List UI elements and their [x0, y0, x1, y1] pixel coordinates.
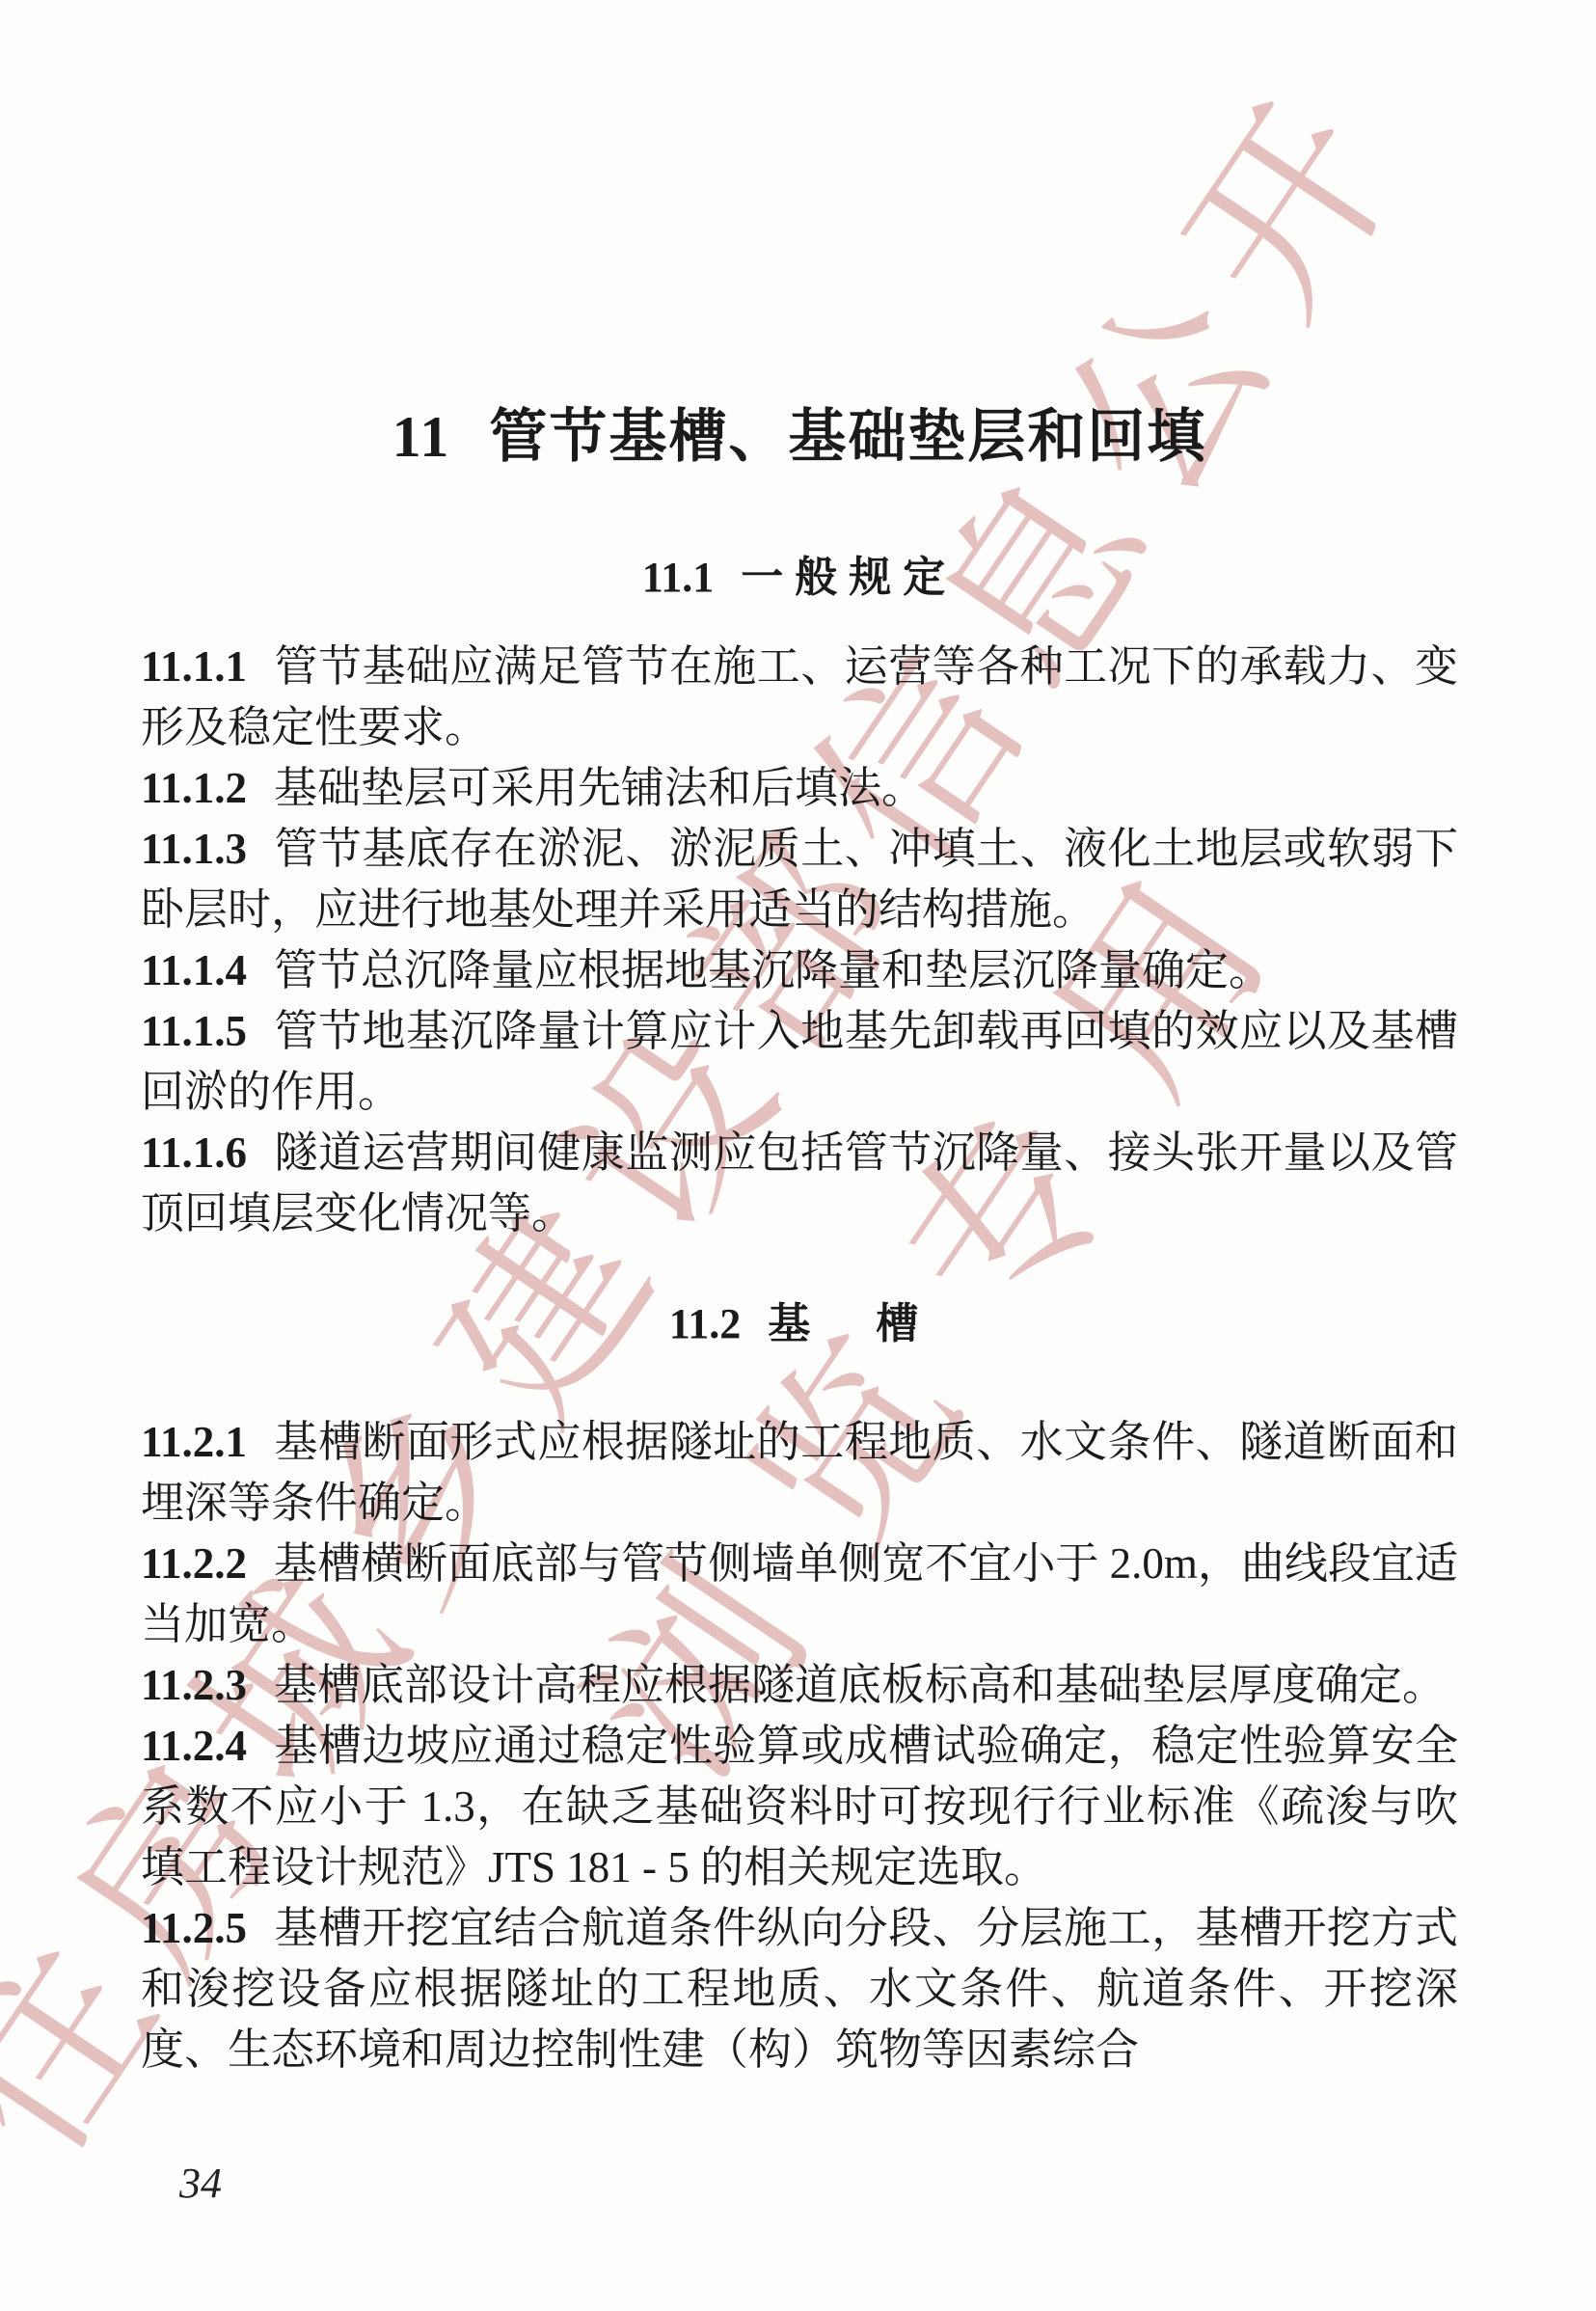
clause: 11.2.3基槽底部设计高程应根据隧道底板标高和基础垫层厚度确定。 [141, 1655, 1458, 1716]
clause: 11.1.4管节总沉降量应根据地基沉降量和垫层沉降量确定。 [141, 940, 1458, 1001]
chapter-title-text: 管节基槽、基础垫层和回填 [489, 405, 1206, 469]
document-page: 住房城乡建设部信息公开 浏览专用 11管节基槽、基础垫层和回填 11.1一般规定… [0, 0, 1596, 2311]
clause: 11.1.6隧道运营期间健康监测应包括管节沉降量、接头张开量以及管顶回填层变化情… [141, 1123, 1458, 1244]
clause-number: 11.2.4 [141, 1722, 247, 1770]
section-title: 基 槽 [768, 1300, 930, 1347]
clause: 11.2.1基槽断面形式应根据隧址的工程地质、水文条件、隧道断面和埋深等条件确定… [141, 1412, 1458, 1534]
chapter-title: 11管节基槽、基础垫层和回填 [141, 401, 1458, 473]
clause-number: 11.1.6 [141, 1128, 247, 1177]
section: 11.1一般规定 11.1.1管节基础应满足管节在施工、运营等各种工况下的承载力… [141, 552, 1458, 1244]
clause-number: 11.1.4 [141, 946, 247, 994]
clause: 11.1.2基础垫层可采用先铺法和后填法。 [141, 758, 1458, 819]
page-number: 34 [179, 2159, 222, 2208]
clause-text: 基槽边坡应通过稳定性验算或成槽试验确定，稳定性验算安全系数不应小于 1.3，在缺… [141, 1722, 1458, 1891]
clause-text: 管节总沉降量应根据地基沉降量和垫层沉降量确定。 [274, 946, 1272, 994]
clause-list: 11.2.1基槽断面形式应根据隧址的工程地质、水文条件、隧道断面和埋深等条件确定… [141, 1412, 1458, 2080]
section-heading: 11.1一般规定 [141, 552, 1458, 604]
clause: 11.2.4基槽边坡应通过稳定性验算或成槽试验确定，稳定性验算安全系数不应小于 … [141, 1716, 1458, 1898]
section-number: 11.1 [642, 554, 715, 601]
clause-number: 11.1.1 [141, 642, 247, 691]
clause: 11.1.5管节地基沉降量计算应计入地基先卸载再回填的效应以及基槽回淤的作用。 [141, 1001, 1458, 1123]
section: 11.2基 槽 11.2.1基槽断面形式应根据隧址的工程地质、水文条件、隧道断面… [141, 1298, 1458, 2080]
clause-number: 11.1.3 [141, 825, 247, 873]
clause-text: 基槽底部设计高程应根据隧道底板标高和基础垫层厚度确定。 [274, 1661, 1446, 1709]
section-heading: 11.2基 槽 [141, 1298, 1458, 1350]
clause-text: 管节基础应满足管节在施工、运营等各种工况下的承载力、变形及稳定性要求。 [141, 642, 1458, 751]
clause-text: 基槽开挖宜结合航道条件纵向分段、分层施工，基槽开挖方式和浚挖设备应根据隧址的工程… [141, 1904, 1458, 2074]
clause-text: 管节地基沉降量计算应计入地基先卸载再回填的效应以及基槽回淤的作用。 [141, 1007, 1458, 1116]
clause-text: 基础垫层可采用先铺法和后填法。 [274, 764, 925, 812]
clause: 11.2.5基槽开挖宜结合航道条件纵向分段、分层施工，基槽开挖方式和浚挖设备应根… [141, 1898, 1458, 2080]
clause-list: 11.1.1管节基础应满足管节在施工、运营等各种工况下的承载力、变形及稳定性要求… [141, 637, 1458, 1244]
clause-text: 基槽横断面底部与管节侧墙单侧宽不宜小于 2.0m，曲线段宜适当加宽。 [141, 1539, 1458, 1648]
clause-number: 11.2.5 [141, 1904, 247, 1952]
clause-text: 管节基底存在淤泥、淤泥质土、冲填土、液化土地层或软弱下卧层时，应进行地基处理并采… [141, 825, 1458, 934]
clause-text: 基槽断面形式应根据隧址的工程地质、水文条件、隧道断面和埋深等条件确定。 [141, 1418, 1458, 1527]
page-content: 11管节基槽、基础垫层和回填 11.1一般规定 11.1.1管节基础应满足管节在… [141, 0, 1458, 2080]
clause-number: 11.1.2 [141, 764, 247, 812]
clause-number: 11.2.3 [141, 1661, 247, 1709]
clause: 11.2.2基槽横断面底部与管节侧墙单侧宽不宜小于 2.0m，曲线段宜适当加宽。 [141, 1534, 1458, 1655]
clause-number: 11.1.5 [141, 1007, 247, 1055]
clause-number: 11.2.2 [141, 1539, 247, 1588]
chapter-number: 11 [392, 405, 451, 469]
section-title: 一般规定 [741, 554, 957, 601]
clause: 11.1.3管节基底存在淤泥、淤泥质土、冲填土、液化土地层或软弱下卧层时，应进行… [141, 819, 1458, 940]
clause-number: 11.2.1 [141, 1418, 247, 1466]
clause-text: 隧道运营期间健康监测应包括管节沉降量、接头张开量以及管顶回填层变化情况等。 [141, 1128, 1458, 1237]
sections-container: 11.1一般规定 11.1.1管节基础应满足管节在施工、运营等各种工况下的承载力… [141, 552, 1458, 2080]
clause: 11.1.1管节基础应满足管节在施工、运营等各种工况下的承载力、变形及稳定性要求… [141, 637, 1458, 758]
section-number: 11.2 [669, 1300, 742, 1347]
